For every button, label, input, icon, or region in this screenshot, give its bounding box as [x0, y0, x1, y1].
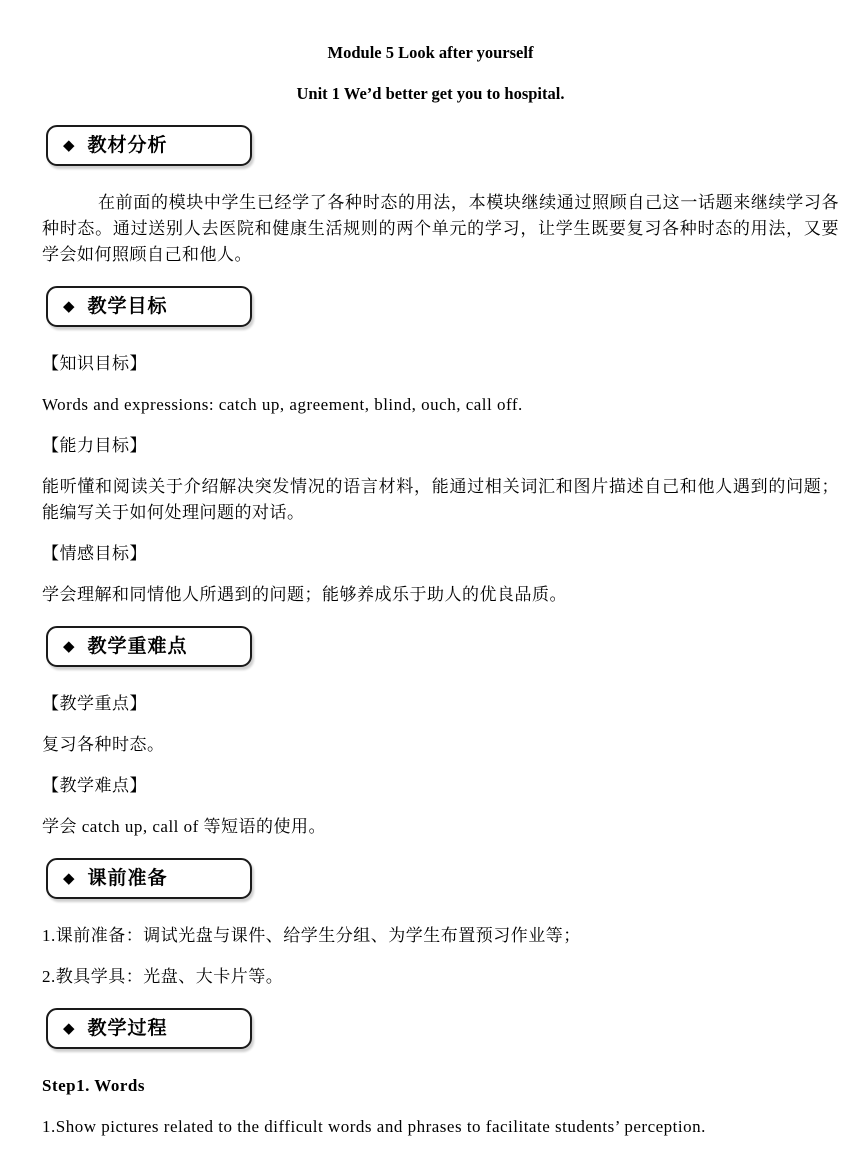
diamond-bullet-icon: ◆ — [63, 871, 75, 886]
section-header-key-difficult-points: ◆ 教学重难点 — [46, 626, 252, 667]
step1-item-1: 1.Show pictures related to the difficult… — [42, 1114, 839, 1140]
section-header-teaching-objectives: ◆ 教学目标 — [46, 286, 252, 327]
section-header-label: 教学过程 — [88, 1019, 168, 1038]
preparation-item-2: 2.教具学具：光盘、大卡片等。 — [42, 964, 839, 990]
emotional-objective-heading: 【情感目标】 — [42, 541, 839, 567]
textbook-analysis-paragraph: 在前面的模块中学生已经学了各种时态的用法，本模块继续通过照顾自己这一话题来继续学… — [42, 190, 839, 268]
diamond-bullet-icon: ◆ — [63, 138, 75, 153]
section-header-label: 课前准备 — [88, 869, 168, 888]
difficult-point-heading: 【教学难点】 — [42, 773, 839, 799]
diamond-bullet-icon: ◆ — [63, 299, 75, 314]
knowledge-objective-text: Words and expressions: catch up, agreeme… — [42, 392, 839, 418]
unit-title: Unit 1 We’d better get you to hospital. — [42, 81, 819, 107]
section-header-label: 教材分析 — [88, 136, 168, 155]
emotional-objective-text: 学会理解和同情他人所遇到的问题；能够养成乐于助人的优良品质。 — [42, 582, 839, 608]
section-header-label: 教学目标 — [88, 297, 168, 316]
key-point-heading: 【教学重点】 — [42, 691, 839, 717]
ability-objective-heading: 【能力目标】 — [42, 433, 839, 459]
difficult-point-text: 学会 catch up, call of 等短语的使用。 — [42, 814, 839, 840]
section-header-label: 教学重难点 — [88, 637, 188, 656]
document-page: Module 5 Look after yourself Unit 1 We’d… — [0, 0, 861, 1160]
diamond-bullet-icon: ◆ — [63, 1021, 75, 1036]
section-header-pre-class-preparation: ◆ 课前准备 — [46, 858, 252, 899]
module-title: Module 5 Look after yourself — [42, 40, 819, 66]
diamond-bullet-icon: ◆ — [63, 639, 75, 654]
knowledge-objective-heading: 【知识目标】 — [42, 351, 839, 377]
preparation-item-1: 1.课前准备：调试光盘与课件、给学生分组、为学生布置预习作业等； — [42, 923, 839, 949]
key-point-text: 复习各种时态。 — [42, 732, 839, 758]
ability-objective-text: 能听懂和阅读关于介绍解决突发情况的语言材料，能通过相关词汇和图片描述自己和他人遇… — [42, 474, 839, 526]
section-header-teaching-process: ◆ 教学过程 — [46, 1008, 252, 1049]
step1-heading: Step1. Words — [42, 1073, 839, 1099]
section-header-textbook-analysis: ◆ 教材分析 — [46, 125, 252, 166]
